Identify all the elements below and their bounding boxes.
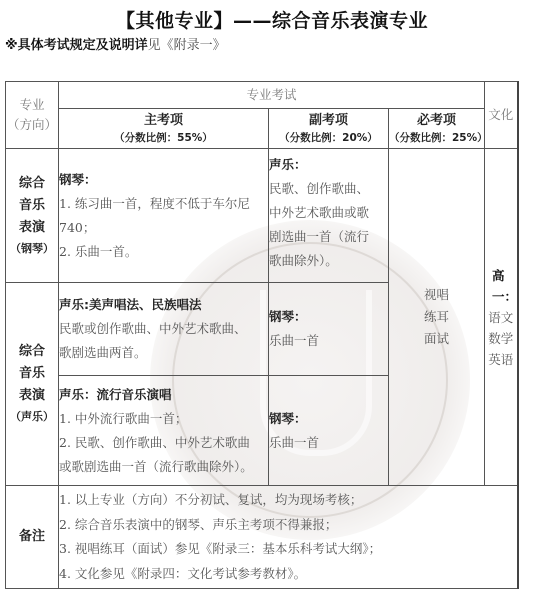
header-secondary-item: 副考项 （分数比例：20%） (269, 109, 389, 149)
header-main-ratio: （分数比例：55%） (59, 130, 268, 146)
major-line: 综合 (6, 173, 58, 195)
main-item-line: 歌剧选曲两首。 (59, 341, 268, 365)
direction-label: （钢琴） (6, 239, 58, 259)
main-item-line: 2. 乐曲一首。 (59, 240, 268, 264)
direction-label: （声乐） (6, 407, 58, 427)
header-secondary-title: 副考项 (269, 112, 388, 130)
secondary-item-line: 民歌、创作歌曲、 (269, 177, 388, 201)
remark-item: 4. 文化参见《附录四：文化考试参考教材》。 (59, 562, 517, 587)
main-item-line: 740； (59, 216, 268, 240)
main-item-line: 2. 民歌、创作歌曲、中外艺术歌曲 (59, 431, 268, 455)
header-main-item: 主考项 （分数比例：55%） (59, 109, 269, 149)
secondary-item-lead: 钢琴： (269, 305, 388, 329)
table-row-piano: 综合 音乐 表演 （钢琴） 钢琴： 1. 练习曲一首，程度不低于车尔尼 740；… (6, 149, 518, 283)
main-item-lead: 声乐:美声唱法、民族唱法 (59, 293, 268, 317)
culture-cell: 高一： 语文 数学 英语 (485, 149, 518, 486)
secondary-item-lead: 钢琴： (269, 407, 388, 431)
header-required-ratio: （分数比例：25%） (389, 130, 484, 146)
culture-subject: 英语 (485, 349, 517, 370)
voice-pop-secondary-item: 钢琴： 乐曲一首 (269, 376, 389, 486)
header-secondary-ratio: （分数比例：20%） (269, 130, 388, 146)
header-major: 专业 （方向） (6, 82, 59, 149)
main-item-line: 民歌或创作歌曲、中外艺术歌曲、 (59, 317, 268, 341)
main-item-lead: 声乐：流行音乐演唱 (59, 383, 268, 407)
header-major-line1: 专业 (6, 95, 58, 115)
major-voice: 综合 音乐 表演 （声乐） (6, 283, 59, 486)
remarks-label: 备注 (6, 486, 59, 589)
required-item: 练耳 (389, 306, 484, 328)
exam-table: 专业 （方向） 专业考试 文化 主考项 （分数比例：55%） 副考项 （分数比例… (5, 81, 519, 589)
remark-item: 1. 以上专业（方向）不分初试、复试，均为现场考核； (59, 488, 517, 513)
header-required-title: 必考项 (389, 112, 484, 130)
main-item-line: 1. 中外流行歌曲一首； (59, 407, 268, 431)
culture-subject: 语文 (485, 307, 517, 328)
table-row-remarks: 备注 1. 以上专业（方向）不分初试、复试，均为现场考核； 2. 综合音乐表演中… (6, 486, 518, 589)
piano-main-item: 钢琴： 1. 练习曲一首，程度不低于车尔尼 740； 2. 乐曲一首。 (59, 149, 269, 283)
secondary-item-line: 乐曲一首 (269, 431, 388, 455)
remarks-content: 1. 以上专业（方向）不分初试、复试，均为现场考核； 2. 综合音乐表演中的钢琴… (59, 486, 518, 589)
secondary-item-line: 歌曲除外）。 (269, 249, 388, 273)
secondary-item-line: 乐曲一首 (269, 329, 388, 353)
required-item-cell: 视唱 练耳 面试 (389, 149, 485, 486)
secondary-item-lead: 声乐： (269, 153, 388, 177)
major-line: 音乐 (6, 195, 58, 217)
header-main-title: 主考项 (59, 112, 268, 130)
major-piano: 综合 音乐 表演 （钢琴） (6, 149, 59, 283)
culture-subject: 数学 (485, 328, 517, 349)
piano-secondary-item: 声乐： 民歌、创作歌曲、 中外艺术歌曲或歌 剧选曲一首（流行 歌曲除外）。 (269, 149, 389, 283)
header-major-line2: （方向） (6, 115, 58, 135)
major-line: 表演 (6, 217, 58, 239)
reference-note: ※具体考试规定及说明详见《附录一》 (5, 34, 226, 53)
major-line: 综合 (6, 341, 58, 363)
voice-classical-secondary-item: 钢琴： 乐曲一首 (269, 283, 389, 376)
page-title: 【其他专业】——综合音乐表演专业 (0, 6, 544, 33)
header-exam-group: 专业考试 (59, 82, 485, 109)
reference-note-link: 见《附录一》 (148, 38, 226, 53)
secondary-item-line: 剧选曲一首（流行 (269, 225, 388, 249)
culture-grade: 高一： (485, 265, 517, 307)
voice-classical-main-item: 声乐:美声唱法、民族唱法 民歌或创作歌曲、中外艺术歌曲、 歌剧选曲两首。 (59, 283, 269, 376)
major-line: 音乐 (6, 363, 58, 385)
reference-note-bold: ※具体考试规定及说明详 (5, 38, 148, 53)
header-culture: 文化 (485, 82, 518, 149)
main-item-line: 或歌剧选曲一首（流行歌曲除外）。 (59, 455, 268, 479)
voice-pop-main-item: 声乐：流行音乐演唱 1. 中外流行歌曲一首； 2. 民歌、创作歌曲、中外艺术歌曲… (59, 376, 269, 486)
required-item: 视唱 (389, 284, 484, 306)
remark-item: 2. 综合音乐表演中的钢琴、声乐主考项不得兼报； (59, 513, 517, 538)
remark-item: 3. 视唱练耳（面试）参见《附录三：基本乐科考试大纲》； (59, 537, 517, 562)
major-line: 表演 (6, 385, 58, 407)
secondary-item-line: 中外艺术歌曲或歌 (269, 201, 388, 225)
required-item: 面试 (389, 328, 484, 350)
main-item-line: 1. 练习曲一首，程度不低于车尔尼 (59, 192, 268, 216)
main-item-lead: 钢琴： (59, 168, 268, 192)
header-required-item: 必考项 （分数比例：25%） (389, 109, 485, 149)
